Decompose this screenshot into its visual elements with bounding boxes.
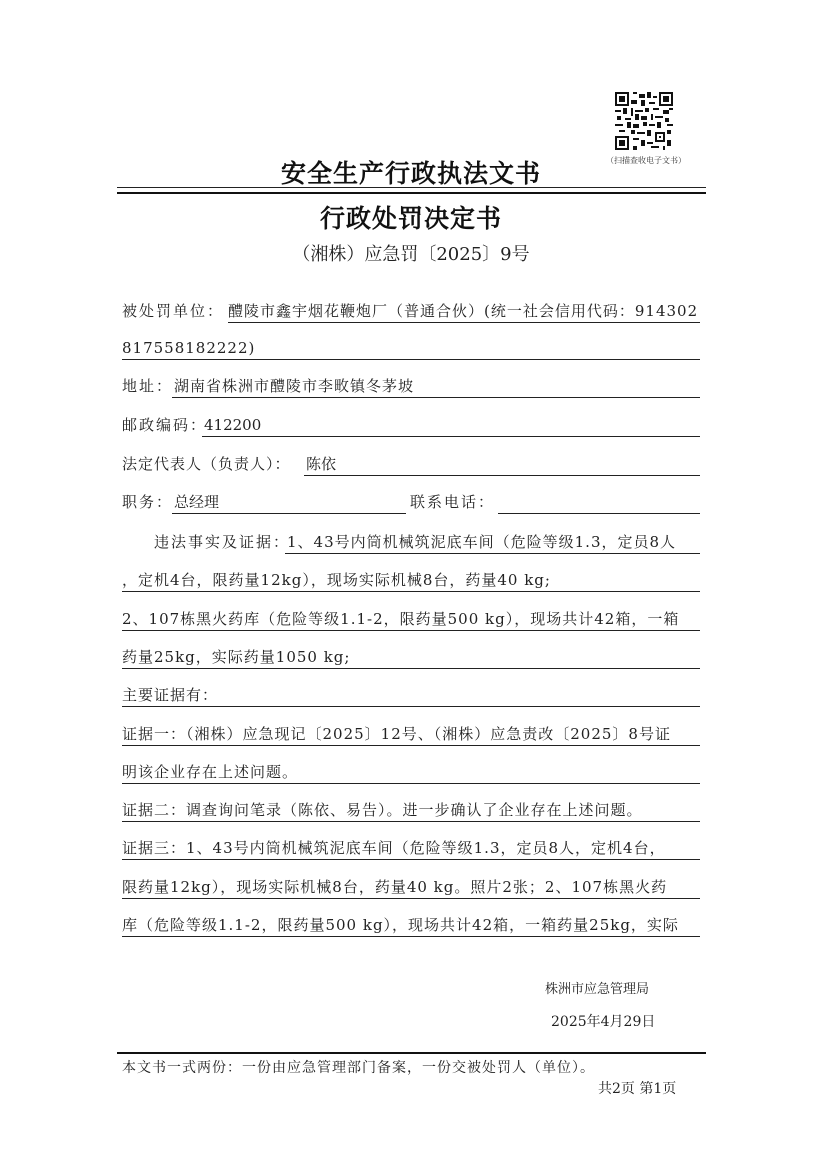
position-value: 总经理 bbox=[174, 490, 219, 514]
legal-rep-row: 法定代表人（负责人）： 陈依 bbox=[122, 452, 700, 478]
issue-date: 2025年4月29日 bbox=[551, 1011, 655, 1031]
evidence-1: 证据一：（湘株）应急现记〔2025〕12号、（湘株）应急责改〔2025〕8号证 bbox=[122, 722, 700, 746]
page-count: 共2页 第1页 bbox=[598, 1078, 676, 1098]
postal-code-underline bbox=[202, 413, 700, 437]
postal-code-label: 邮政编码： bbox=[122, 413, 207, 437]
legal-rep-underline bbox=[304, 452, 700, 476]
facts-line: ，定机4台，限药量12kg），现场实际机械8台，药量40 kg; bbox=[122, 568, 700, 592]
penalized-unit-row: 被处罚单位： 醴陵市鑫宇烟花鞭炮厂（普通合伙）(统一社会信用代码：914302 bbox=[122, 299, 700, 325]
document-series-title: 安全生产行政执法文书 bbox=[0, 154, 822, 190]
facts-line: 1、43号内筒机械筑泥底车间（危险等级1.3，定员8人 bbox=[287, 530, 676, 554]
issuing-authority: 株洲市应急管理局 bbox=[545, 978, 649, 997]
evidence-1-cont: 明该企业存在上述问题。 bbox=[122, 760, 700, 784]
facts-row-1: 违法事实及证据： 1、43号内筒机械筑泥底车间（危险等级1.3，定员8人 bbox=[122, 530, 700, 556]
evidence-3: 证据三：1、43号内筒机械筑泥底车间（危险等级1.3，定员8人，定机4台， bbox=[122, 836, 700, 860]
document-number: （湘株）应急罚〔2025〕9号 bbox=[0, 240, 822, 266]
penalized-unit-row-2: 817558182222) bbox=[122, 336, 700, 362]
qr-code-icon[interactable] bbox=[615, 92, 673, 150]
position-phone-row: 职务： 总经理 联系电话： bbox=[122, 490, 700, 516]
evidence-2: 证据二：调查询问笔录（陈依、易告）。进一步确认了企业存在上述问题。 bbox=[122, 798, 700, 822]
facts-row-4: 药量25kg，实际药量1050 kg; bbox=[122, 645, 700, 671]
facts-row-6: 证据一：（湘株）应急现记〔2025〕12号、（湘株）应急责改〔2025〕8号证 bbox=[122, 722, 700, 748]
position-label: 职务： bbox=[122, 490, 173, 514]
phone-underline bbox=[498, 490, 700, 514]
penalized-unit-value: 醴陵市鑫宇烟花鞭炮厂（普通合伙）(统一社会信用代码：914302 bbox=[228, 299, 698, 323]
facts-row-7: 明该企业存在上述问题。 bbox=[122, 760, 700, 786]
penalized-unit-label: 被处罚单位： bbox=[122, 299, 224, 323]
facts-row-5: 主要证据有： bbox=[122, 683, 700, 709]
facts-line: 药量25kg，实际药量1050 kg; bbox=[122, 645, 700, 669]
legal-rep-value: 陈依 bbox=[306, 452, 336, 476]
facts-row-10: 限药量12kg），现场实际机械8台，药量40 kg。照片2张；2、107栋黑火药 bbox=[122, 875, 700, 901]
facts-label: 违法事实及证据： bbox=[154, 530, 290, 554]
footer-note: 本文书一式两份：一份由应急管理部门备案，一份交被处罚人（单位）。 bbox=[122, 1057, 595, 1077]
postal-code-value: 412200 bbox=[204, 413, 261, 437]
address-row: 地址： 湖南省株洲市醴陵市李畋镇冬茅坡 bbox=[122, 374, 700, 400]
document-title: 行政处罚决定书 bbox=[0, 199, 822, 235]
postal-code-row: 邮政编码： 412200 bbox=[122, 413, 700, 439]
penalized-unit-value-cont: 817558182222) bbox=[122, 336, 700, 360]
evidence-heading: 主要证据有： bbox=[122, 683, 700, 707]
address-value: 湖南省株洲市醴陵市李畋镇冬茅坡 bbox=[174, 374, 414, 398]
facts-line: 2、107栋黑火药库（危险等级1.1-2，限药量500 kg），现场共计42箱，… bbox=[122, 607, 700, 631]
address-label: 地址： bbox=[122, 374, 173, 398]
phone-label: 联系电话： bbox=[410, 490, 495, 514]
header-rule-thin bbox=[117, 187, 706, 188]
footer-rule bbox=[117, 1052, 706, 1054]
facts-row-9: 证据三：1、43号内筒机械筑泥底车间（危险等级1.3，定员8人，定机4台， bbox=[122, 836, 700, 862]
evidence-3-cont: 限药量12kg），现场实际机械8台，药量40 kg。照片2张；2、107栋黑火药 bbox=[122, 875, 700, 899]
facts-row-3: 2、107栋黑火药库（危险等级1.1-2，限药量500 kg），现场共计42箱，… bbox=[122, 607, 700, 633]
facts-row-2: ，定机4台，限药量12kg），现场实际机械8台，药量40 kg; bbox=[122, 568, 700, 594]
evidence-3-cont: 库（危险等级1.1-2，限药量500 kg），现场共计42箱，一箱药量25kg，… bbox=[122, 913, 700, 937]
legal-rep-label: 法定代表人（负责人）： bbox=[122, 452, 291, 476]
facts-row-8: 证据二：调查询问笔录（陈依、易告）。进一步确认了企业存在上述问题。 bbox=[122, 798, 700, 824]
facts-row-11: 库（危险等级1.1-2，限药量500 kg），现场共计42箱，一箱药量25kg，… bbox=[122, 913, 700, 939]
header-rule-thick bbox=[117, 192, 706, 194]
